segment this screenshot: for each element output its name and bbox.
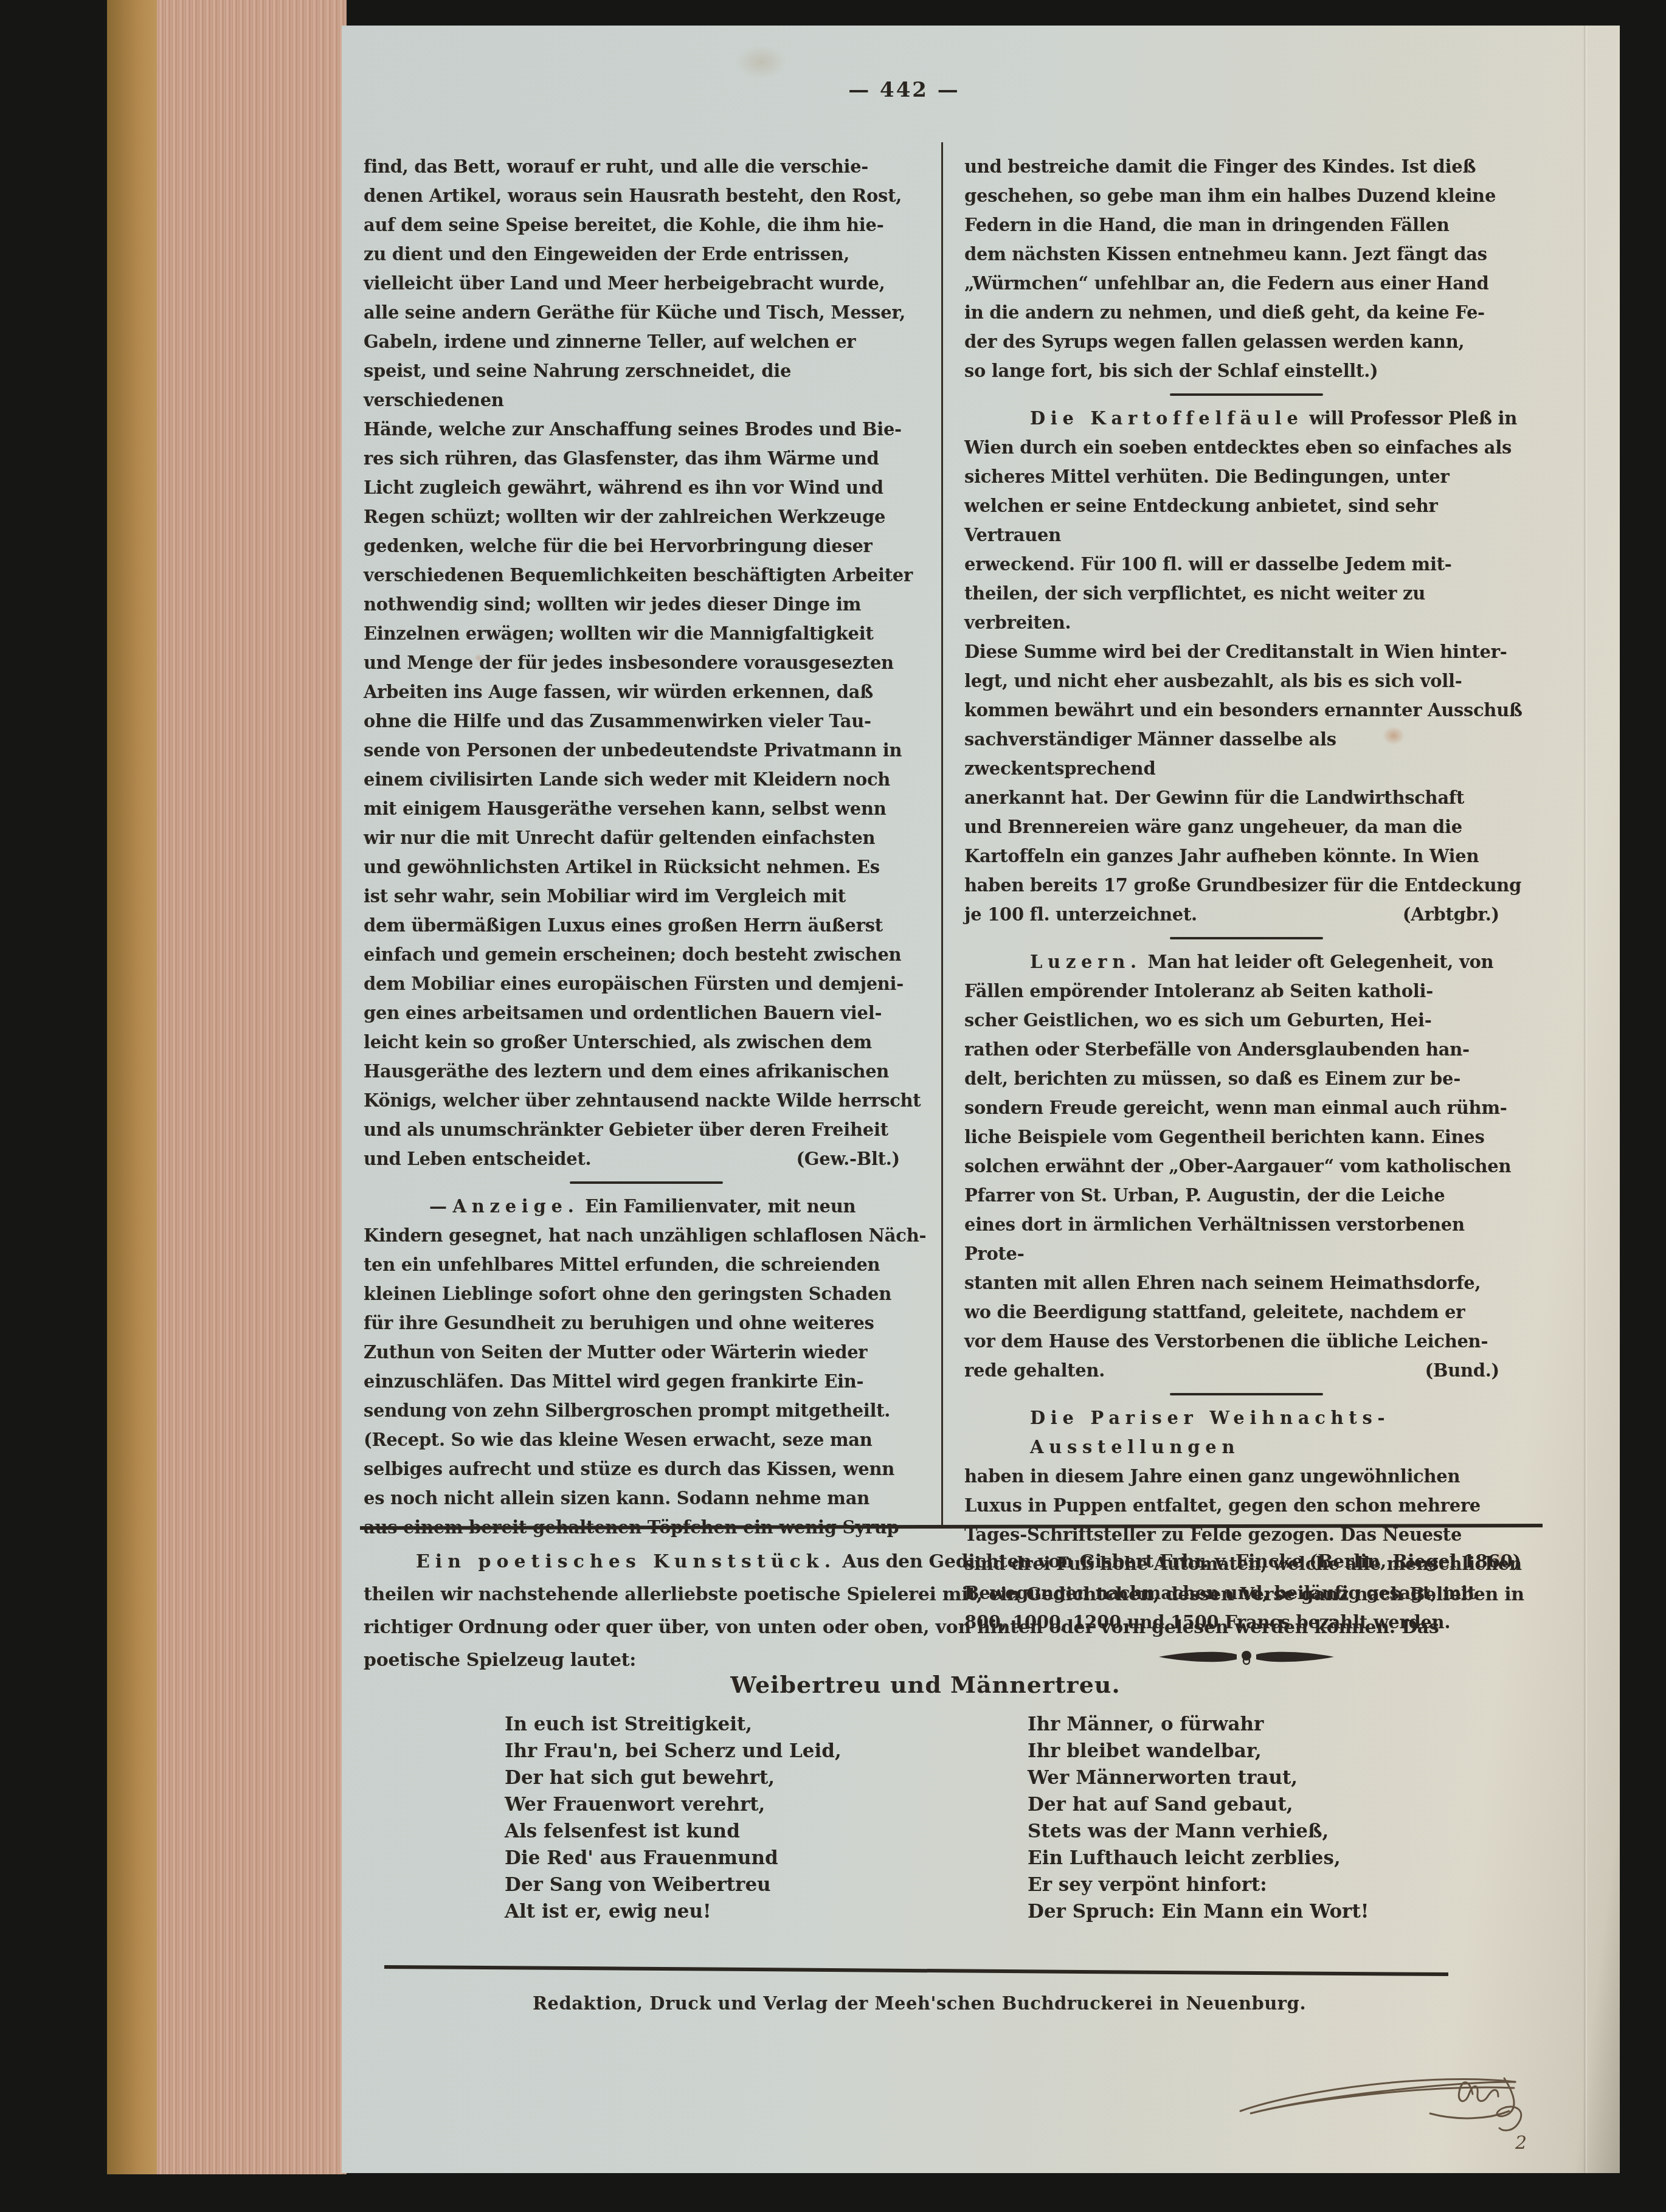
source-credit: (Bund.): [1425, 1356, 1499, 1385]
article-kartoffelfaeule: Die Kartoffelfäule will Professor Pleß i…: [964, 404, 1529, 929]
footer-rule: [384, 1965, 1448, 1976]
source-credit: (Gew.-Blt.): [796, 1144, 900, 1173]
intro-keyword: Ein poetisches Kunststück.: [416, 1551, 836, 1572]
source-credit: (Arbtgbr.): [1403, 900, 1499, 929]
section-divider-rule: [570, 1181, 723, 1184]
closing-text: rede gehalten.: [964, 1356, 1105, 1385]
article-anzeige: — Anzeige. Ein Familienvater, mit neun K…: [364, 1192, 929, 1542]
luzern-first-line-rest: Man hat leider oft Gelegenheit, von: [1142, 952, 1494, 972]
poem-right-stanza: Ihr Männer, o fürwahr Ihr bleibet wandel…: [1028, 1711, 1369, 1925]
article-household-continuation: find, das Bett, worauf er ruht, und alle…: [364, 152, 929, 1144]
article-luzern: Luzern. Man hat leider oft Gelegenheit, …: [964, 947, 1529, 1385]
kartoffel-keyword: Die Kartoffelfäule: [1030, 408, 1304, 429]
section-divider-rule: [1170, 1393, 1323, 1395]
intro-first-line-rest: Aus den Gedichten von Gisbert Frhr. v. F…: [836, 1551, 1521, 1572]
handwritten-signature: 2: [1229, 2050, 1570, 2160]
pariser-first-line: Die Pariser Weihnachts-Ausstellungen: [964, 1403, 1529, 1462]
anzeige-body: Kindern gesegnet, hat nach unzähligen sc…: [364, 1221, 929, 1542]
anzeige-first-line: — Anzeige. Ein Familienvater, mit neun: [364, 1192, 929, 1221]
luzern-first-line: Luzern. Man hat leider oft Gelegenheit, …: [964, 947, 1529, 976]
stacked-page-edges: [157, 0, 347, 2174]
article-household-closing: und Leben entscheidet. (Gew.-Blt.): [364, 1144, 929, 1173]
page-number: — 442 —: [342, 78, 1467, 102]
section-divider-rule: [1170, 937, 1323, 939]
syrup-recipe-continuation: und bestreiche damit die Finger des Kind…: [964, 152, 1529, 385]
kartoffel-first-line-rest: will Professor Pleß in: [1304, 408, 1518, 429]
anzeige-keyword: Anzeige.: [453, 1196, 579, 1217]
right-column: und bestreiche damit die Finger des Kind…: [964, 152, 1529, 1667]
pariser-keyword: Die Pariser Weihnachts-Ausstellungen: [1030, 1408, 1390, 1457]
intro-body: theilen wir nachstehende allerliebste po…: [364, 1578, 1529, 1677]
closing-text: je 100 fl. unterzeichnet.: [964, 900, 1197, 929]
kartoffel-body: Wien durch ein soeben entdecktes eben so…: [964, 433, 1529, 900]
kartoffel-first-line: Die Kartoffelfäule will Professor Pleß i…: [964, 404, 1529, 433]
closing-text: und Leben entscheidet.: [364, 1144, 591, 1173]
section-divider-rule: [1170, 393, 1323, 396]
poem-title: Weibertreu und Männertreu.: [360, 1671, 1491, 1698]
poetisches-kunststueck-intro: Ein poetisches Kunststück. Aus den Gedic…: [364, 1546, 1529, 1677]
imprint-line: Redaktion, Druck und Verlag der Meeh'sch…: [384, 1993, 1454, 2014]
left-column: find, das Bett, worauf er ruht, und alle…: [364, 152, 929, 1542]
column-divider-rule: [941, 142, 943, 1529]
anzeige-first-line-rest: Ein Familienvater, mit neun: [579, 1196, 855, 1217]
luzern-closing: rede gehalten. (Bund.): [964, 1356, 1529, 1385]
signature-numeral: 2: [1515, 2132, 1527, 2154]
luzern-body: Fällen empörender Intoleranz ab Seiten k…: [964, 976, 1529, 1356]
luzern-keyword: Luzern.: [1030, 952, 1142, 972]
intro-first-line: Ein poetisches Kunststück. Aus den Gedic…: [364, 1546, 1529, 1578]
scanned-newspaper-page: — 442 — find, das Bett, worauf er ruht, …: [342, 26, 1620, 2173]
kartoffel-closing: je 100 fl. unterzeichnet. (Arbtgbr.): [964, 900, 1529, 929]
em-dash: —: [429, 1196, 453, 1217]
poem-left-stanza: In euch ist Streitigkeit, Ihr Frau'n, be…: [505, 1711, 842, 1925]
